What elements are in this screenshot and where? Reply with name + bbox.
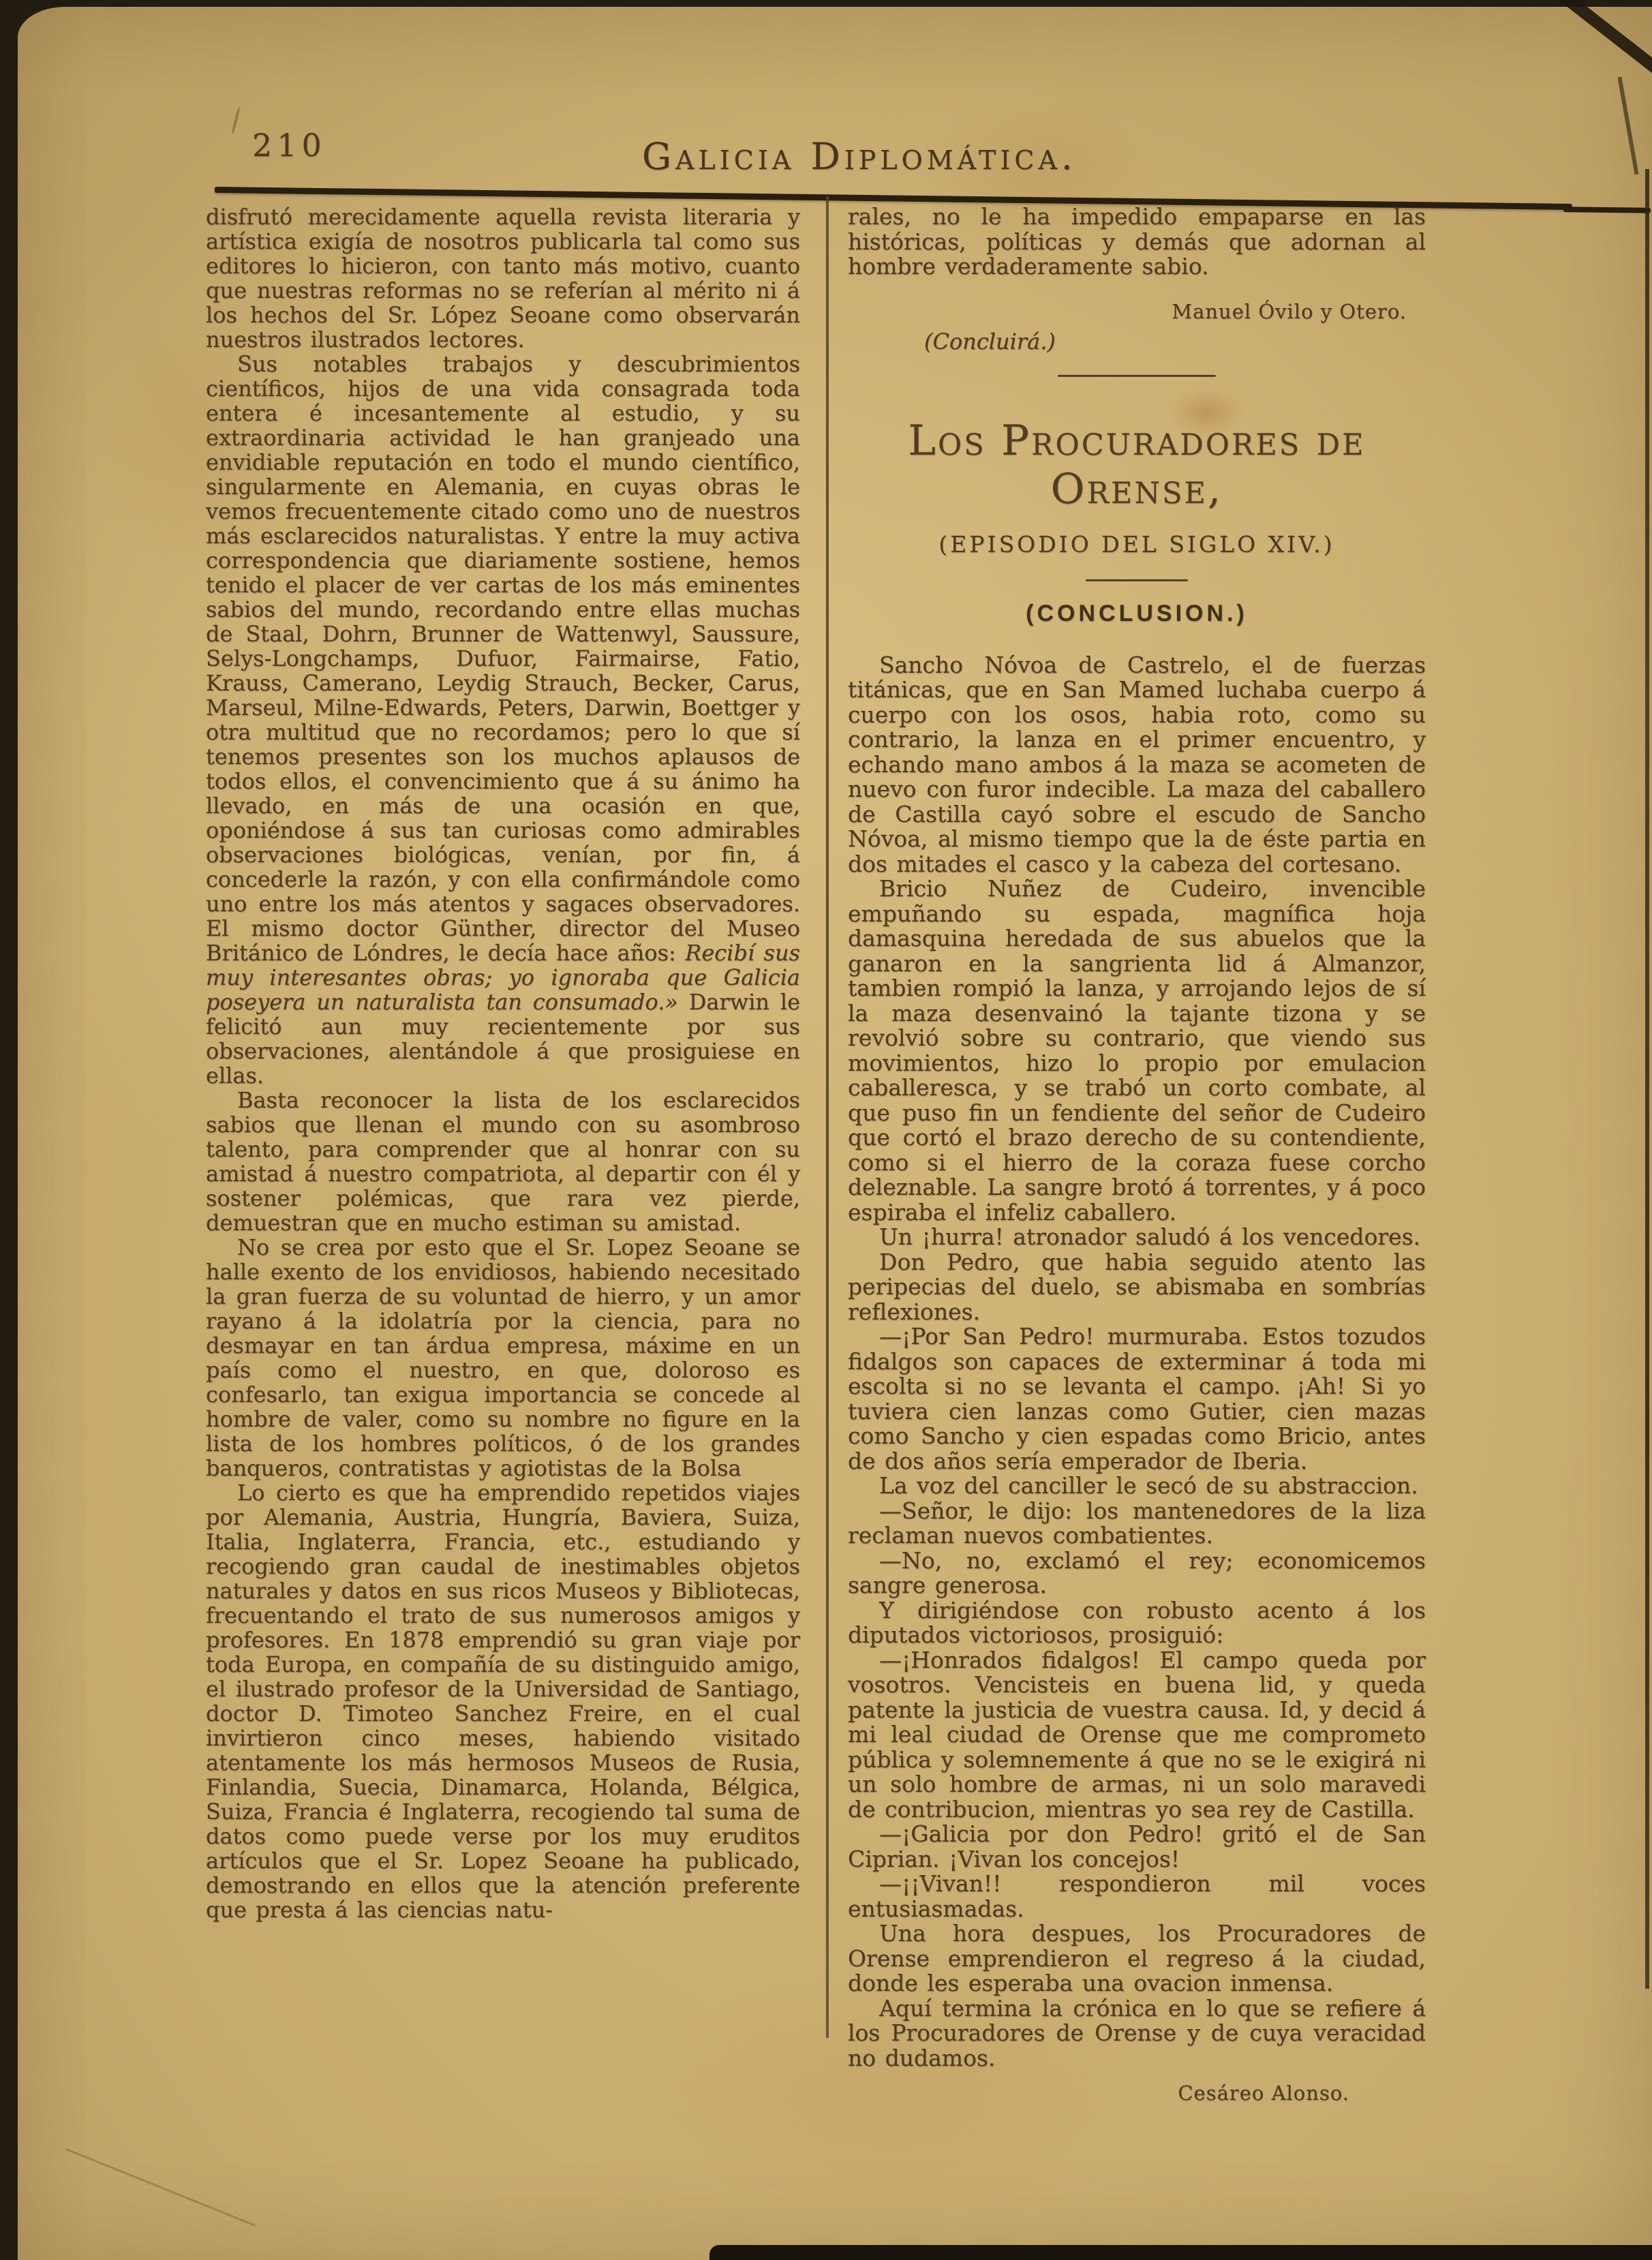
- paragraph: Don Pedro, que habia seguido atento las …: [848, 1250, 1426, 1325]
- paragraph: —¡Por San Pedro! murmuraba. Estos tozudo…: [848, 1324, 1426, 1473]
- author-signature: Manuel Óvilo y Otero.: [848, 300, 1426, 323]
- paragraph: Aquí termina la crónica en lo que se ref…: [848, 1996, 1426, 2071]
- scan-edge-shadow: [709, 2245, 1652, 2260]
- separator-rule: [1058, 375, 1216, 377]
- scanned-newspaper-page: { "header": { "page_number": "210", "mas…: [0, 0, 1652, 2260]
- paper-page: 210 Galicia Diplomática. disfrutó mereci…: [18, 7, 1652, 2260]
- paragraph: —¡¡Vivan!! respondieron mil voces entusi…: [848, 1872, 1426, 1921]
- paragraph: Un ¡hurra! atronador saludó á los venced…: [848, 1225, 1426, 1250]
- article-title: Los Procuradores de Orense,: [848, 416, 1426, 513]
- paragraph: La voz del canciller le secó de su abstr…: [848, 1473, 1426, 1499]
- paragraph: —¡Honrados fidalgos! El campo queda por …: [848, 1648, 1426, 1822]
- paragraph: Una hora despues, los Procuradores de Or…: [848, 1921, 1426, 1996]
- author-signature: Cesáreo Alonso.: [848, 2081, 1426, 2105]
- article-subtitle: (EPISODIO DEL SIGLO XIV.): [848, 531, 1426, 558]
- paragraph: Y dirigiéndose con robusto acento á los …: [848, 1598, 1426, 1648]
- page-crease: [1645, 169, 1649, 1989]
- pen-mark: [231, 106, 241, 135]
- page-fold-line: [65, 2148, 256, 2227]
- paragraph: Basta reconocer la lista de los esclarec…: [206, 1088, 800, 1235]
- paragraph: —¡Galicia por don Pedro! gritó el de San…: [848, 1822, 1426, 1872]
- right-column: rales, no le ha impedido empaparse en la…: [848, 204, 1426, 2105]
- page-crease: [1617, 77, 1638, 175]
- section-heading: (CONCLUSION.): [848, 600, 1426, 627]
- paragraph: —No, no, exclamó el rey; economicemos sa…: [848, 1548, 1426, 1598]
- page-number: 210: [252, 127, 326, 164]
- left-column: disfrutó merecidamente aquella revista l…: [206, 204, 800, 1922]
- paragraph: Lo cierto es que ha emprendido repetidos…: [206, 1480, 800, 1922]
- paragraph: Sus notables trabajos y descubrimientos …: [206, 352, 800, 1088]
- page-corner-shadow: [1553, 0, 1652, 76]
- column-divider: [826, 196, 829, 2038]
- separator-rule: [1086, 579, 1188, 581]
- paragraph-text: Sus notables trabajos y descubrimientos …: [206, 351, 800, 966]
- paragraph: —Señor, le dijo: los mantenedores de la …: [848, 1499, 1426, 1548]
- paragraph: Bricio Nuñez de Cudeiro, invencible empu…: [848, 876, 1426, 1225]
- masthead-title: Galicia Diplomática.: [641, 135, 1077, 178]
- header-rule-end: [1563, 207, 1651, 213]
- paragraph: disfrutó merecidamente aquella revista l…: [206, 204, 800, 352]
- to-be-concluded-note: (Concluirá.): [924, 329, 1426, 354]
- paragraph: No se crea por esto que el Sr. Lopez Seo…: [206, 1235, 800, 1480]
- paragraph: rales, no le ha impedido empaparse en la…: [848, 204, 1426, 279]
- paragraph: Sancho Nóvoa de Castrelo, el de fuerzas …: [848, 653, 1426, 877]
